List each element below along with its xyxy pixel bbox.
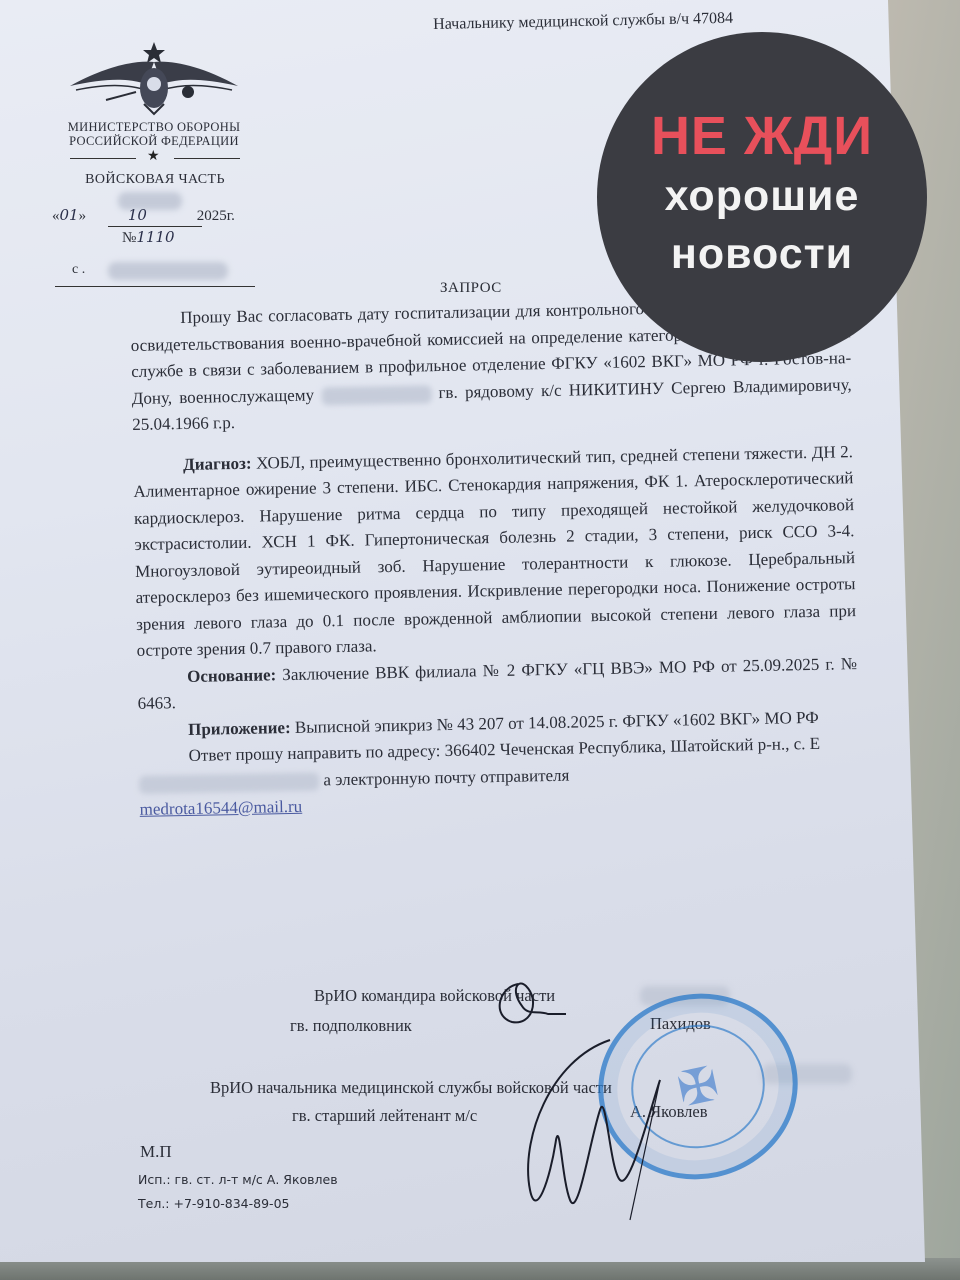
badge-line-1: НЕ ЖДИ [651, 105, 873, 167]
badge-line-3: новости [671, 225, 853, 283]
commander-rank: гв. подполковник [290, 1016, 412, 1036]
medical-chief-signature [510, 1020, 680, 1230]
executor-line: Исп.: гв. ст. л-т м/с А. Яковлев [138, 1172, 338, 1187]
executor-phone: Тел.: +7-910-834-89-05 [138, 1196, 289, 1211]
seal-place-mark: М.П [140, 1142, 172, 1162]
badge-line-2: хорошие [665, 167, 860, 225]
overlay-badge: НЕ ЖДИ хорошие новости [597, 32, 927, 362]
medical-chief-rank: гв. старший лейтенант м/с [292, 1106, 477, 1126]
